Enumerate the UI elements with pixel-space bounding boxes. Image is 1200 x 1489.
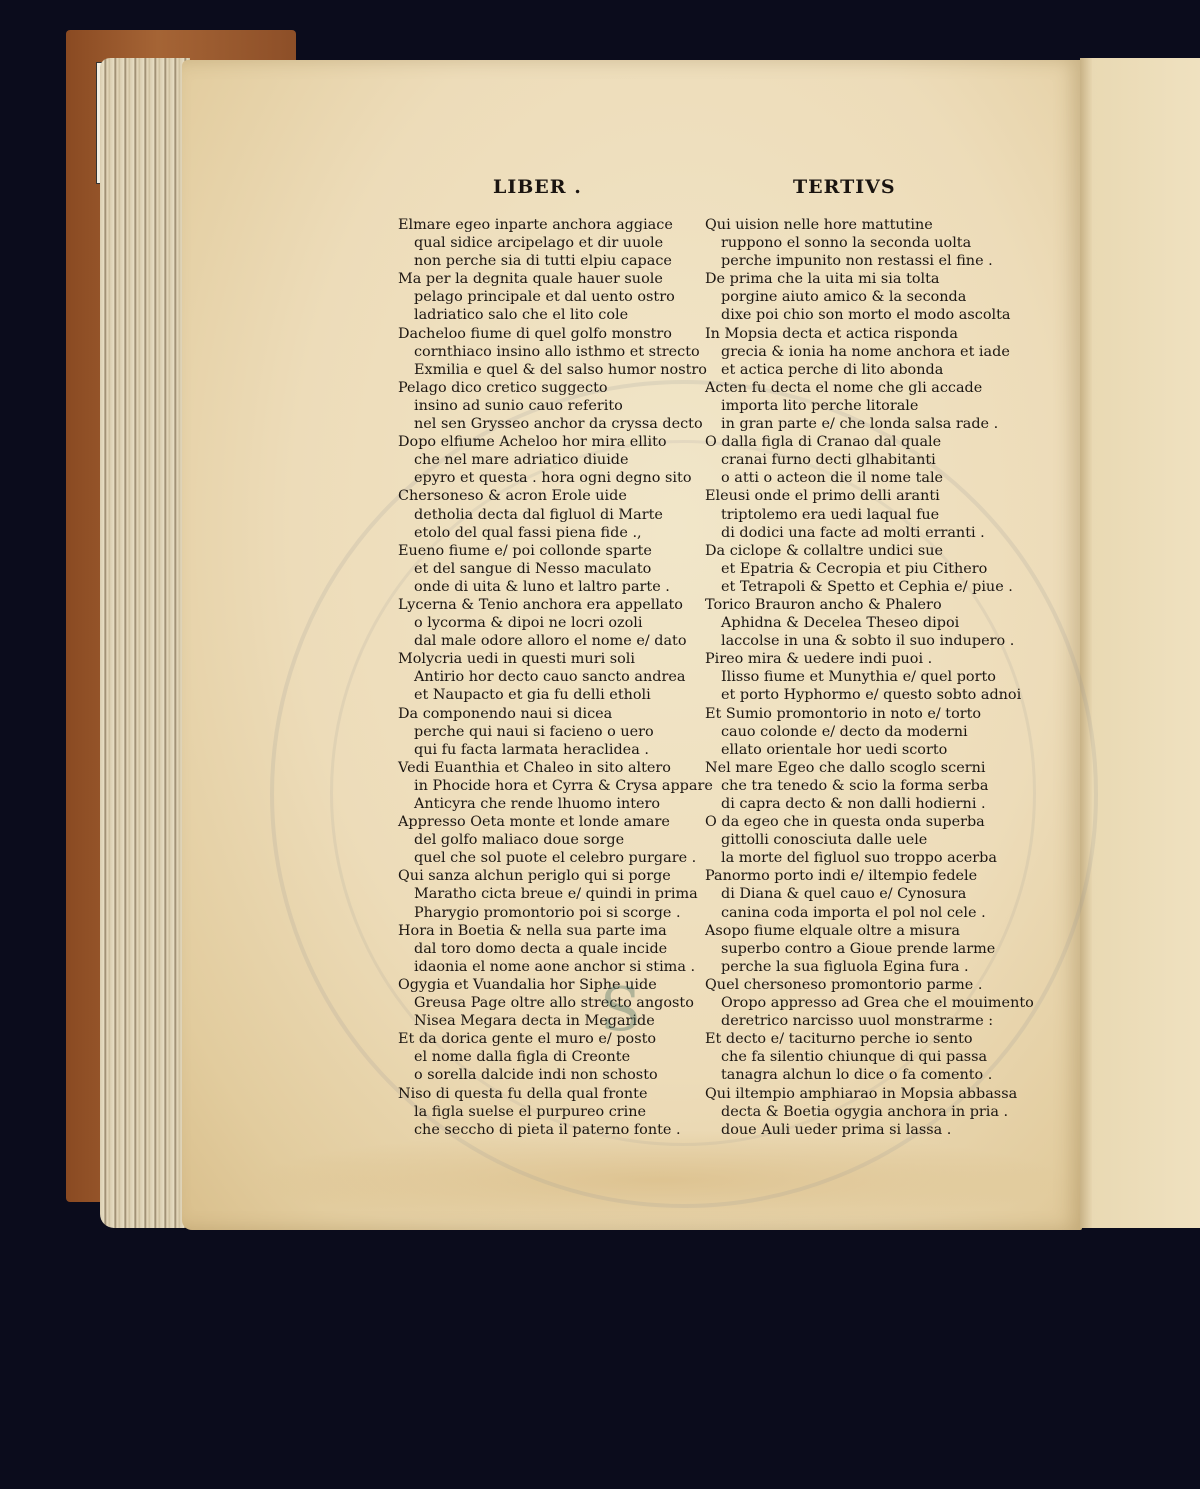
verse-line: Quel chersoneso promontorio parme . [705, 976, 1034, 994]
verse-line: triptolemo era uedi laqual fue [705, 506, 1034, 524]
verse-line: Eleusi onde el primo delli aranti [705, 487, 1034, 505]
verse-line: insino ad sunio cauo referito [398, 397, 713, 415]
verse-line: et Naupacto et gia fu delli etholi [398, 686, 713, 704]
book-gutter [1080, 58, 1092, 1228]
verse-line: Acten fu decta el nome che gli accade [705, 379, 1034, 397]
verse-line: che fa silentio chiunque di qui passa [705, 1048, 1034, 1066]
running-head-left: LIBER . [493, 176, 582, 198]
verse-line: Qui uision nelle hore mattutine [705, 216, 1034, 234]
verse-line: la morte del figluol suo troppo acerba [705, 849, 1034, 867]
verse-line: Qui iltempio amphiarao in Mopsia abbassa [705, 1085, 1034, 1103]
verse-line: Qui sanza alchun periglo qui si porge [398, 867, 713, 885]
verse-line: Ilisso fiume et Munythia e/ quel porto [705, 668, 1034, 686]
verse-line: qual sidice arcipelago et dir uuole [398, 234, 713, 252]
verse-line: porgine aiuto amico & la seconda [705, 288, 1034, 306]
verse-line: Lycerna & Tenio anchora era appellato [398, 596, 713, 614]
page-edges [100, 58, 190, 1228]
verse-line: etolo del qual fassi piena fide ., [398, 524, 713, 542]
verse-line: O da egeo che in questa onda superba [705, 813, 1034, 831]
verse-line: et Epatria & Cecropia et piu Cithero [705, 560, 1034, 578]
verse-line: perche qui naui si facieno o uero [398, 723, 713, 741]
verse-line: Et Sumio promontorio in noto e/ torto [705, 705, 1034, 723]
verse-line: che tra tenedo & scio la forma serba [705, 777, 1034, 795]
verse-line: in gran parte e/ che londa salsa rade . [705, 415, 1034, 433]
verse-line: Elmare egeo inparte anchora aggiace [398, 216, 713, 234]
verse-line: dal male odore alloro el nome e/ dato [398, 632, 713, 650]
verse-line: di capra decto & non dalli hodierni . [705, 795, 1034, 813]
verse-line: decta & Boetia ogygia anchora in pria . [705, 1103, 1034, 1121]
verse-line: Nisea Megara decta in Megaride [398, 1012, 713, 1030]
verse-line: gittolli conosciuta dalle uele [705, 831, 1034, 849]
verse-line: Niso di questa fu della qual fronte [398, 1085, 713, 1103]
verse-line: Antirio hor decto cauo sancto andrea [398, 668, 713, 686]
verse-line: el nome dalla figla di Creonte [398, 1048, 713, 1066]
verse-line: ladriatico salo che el lito cole [398, 306, 713, 324]
verse-line: nel sen Grysseo anchor da cryssa decto [398, 415, 713, 433]
verse-line: et porto Hyphormo e/ questo sobto adnoi [705, 686, 1034, 704]
verse-line: quel che sol puote el celebro purgare . [398, 849, 713, 867]
facing-page [1090, 58, 1200, 1228]
verse-line: qui fu facta larmata heraclidea . [398, 741, 713, 759]
verse-line: ruppono el sonno la seconda uolta [705, 234, 1034, 252]
verse-line: o atti o acteon die il nome tale [705, 469, 1034, 487]
marginal-mark: S [600, 975, 641, 1045]
verse-line: idaonia el nome aone anchor si stima . [398, 958, 713, 976]
verse-line: In Mopsia decta et actica risponda [705, 325, 1034, 343]
verse-line: Da ciclope & collaltre undici sue [705, 542, 1034, 560]
verse-line: Molycria uedi in questi muri soli [398, 650, 713, 668]
verse-line: perche la sua figluola Egina fura . [705, 958, 1034, 976]
verse-line: epyro et questa . hora ogni degno sito [398, 469, 713, 487]
verse-line: o sorella dalcide indi non schosto [398, 1066, 713, 1084]
verse-line: o lycorma & dipoi ne locri ozoli [398, 614, 713, 632]
verse-line: et Tetrapoli & Spetto et Cephia e/ piue … [705, 578, 1034, 596]
verse-line: Vedi Euanthia et Chaleo in sito altero [398, 759, 713, 777]
verse-line: che seccho di pieta il paterno fonte . [398, 1121, 713, 1139]
verse-line: cauo colonde e/ decto da moderni [705, 723, 1034, 741]
verse-line: Da componendo naui si dicea [398, 705, 713, 723]
verse-line: Pelago dico cretico suggecto [398, 379, 713, 397]
verse-line: cornthiaco insino allo isthmo et strecto [398, 343, 713, 361]
verse-line: deretrico narcisso uuol monstrarme : [705, 1012, 1034, 1030]
verse-line: et actica perche di lito abonda [705, 361, 1034, 379]
verse-line: Panormo porto indi e/ iltempio fedele [705, 867, 1034, 885]
verse-line: Nel mare Egeo che dallo scoglo scerni [705, 759, 1034, 777]
verse-line: Pireo mira & uedere indi puoi . [705, 650, 1034, 668]
verse-line: cranai furno decti glhabitanti [705, 451, 1034, 469]
verse-line: De prima che la uita mi sia tolta [705, 270, 1034, 288]
verse-line: Aphidna & Decelea Theseo dipoi [705, 614, 1034, 632]
verse-line: Eueno fiume e/ poi collonde sparte [398, 542, 713, 560]
verse-line: doue Auli ueder prima si lassa . [705, 1121, 1034, 1139]
verse-line: Hora in Boetia & nella sua parte ima [398, 922, 713, 940]
verse-line: Exmilia e quel & del salso humor nostro [398, 361, 713, 379]
verse-line: tanagra alchun lo dice o fa comento . [705, 1066, 1034, 1084]
verse-line: Ma per la degnita quale hauer suole [398, 270, 713, 288]
verse-line: dixe poi chio son morto el modo ascolta [705, 306, 1034, 324]
running-head-right: TERTIVS [793, 176, 896, 198]
verse-line: in Phocide hora et Cyrra & Crysa appare [398, 777, 713, 795]
verse-line: di dodici una facte ad molti erranti . [705, 524, 1034, 542]
verse-line: che nel mare adriatico diuide [398, 451, 713, 469]
verse-line: importa lito perche litorale [705, 397, 1034, 415]
verse-line: Maratho cicta breue e/ quindi in prima [398, 885, 713, 903]
verse-line: Ogygia et Vuandalia hor Siphe uide [398, 976, 713, 994]
verse-line: Oropo appresso ad Grea che el mouimento [705, 994, 1034, 1012]
verse-line: grecia & ionia ha nome anchora et iade [705, 343, 1034, 361]
verse-line: perche impunito non restassi el fine . [705, 252, 1034, 270]
verse-line: O dalla figla di Cranao dal quale [705, 433, 1034, 451]
verse-line: Pharygio promontorio poi si scorge . [398, 904, 713, 922]
verse-line: la figla suelse el purpureo crine [398, 1103, 713, 1121]
verse-line: Et da dorica gente el muro e/ posto [398, 1030, 713, 1048]
left-text-column: Elmare egeo inparte anchora aggiacequal … [398, 216, 713, 1139]
verse-line: Dopo elfiume Acheloo hor mira ellito [398, 433, 713, 451]
verse-line: detholia decta dal figluol di Marte [398, 506, 713, 524]
verse-line: Greusa Page oltre allo strecto angosto [398, 994, 713, 1012]
verse-line: Anticyra che rende lhuomo intero [398, 795, 713, 813]
verse-line: laccolse in una & sobto il suo indupero … [705, 632, 1034, 650]
verse-line: non perche sia di tutti elpiu capace [398, 252, 713, 270]
verse-line: Appresso Oeta monte et londe amare [398, 813, 713, 831]
verse-line: Dacheloo fiume di quel golfo monstro [398, 325, 713, 343]
verse-line: dal toro domo decta a quale incide [398, 940, 713, 958]
verse-line: et del sangue di Nesso maculato [398, 560, 713, 578]
verse-line: di Diana & quel cauo e/ Cynosura [705, 885, 1034, 903]
verse-line: Torico Brauron ancho & Phalero [705, 596, 1034, 614]
verse-line: pelago principale et dal uento ostro [398, 288, 713, 306]
verse-line: Asopo fiume elquale oltre a misura [705, 922, 1034, 940]
verse-line: Chersoneso & acron Erole uide [398, 487, 713, 505]
verse-line: del golfo maliaco doue sorge [398, 831, 713, 849]
right-text-column: Qui uision nelle hore mattutineruppono e… [705, 216, 1034, 1139]
verse-line: onde di uita & luno et laltro parte . [398, 578, 713, 596]
verse-line: Et decto e/ taciturno perche io sento [705, 1030, 1034, 1048]
verse-line: ellato orientale hor uedi scorto [705, 741, 1034, 759]
verse-line: canina coda importa el pol nol cele . [705, 904, 1034, 922]
verse-line: superbo contro a Gioue prende larme [705, 940, 1034, 958]
